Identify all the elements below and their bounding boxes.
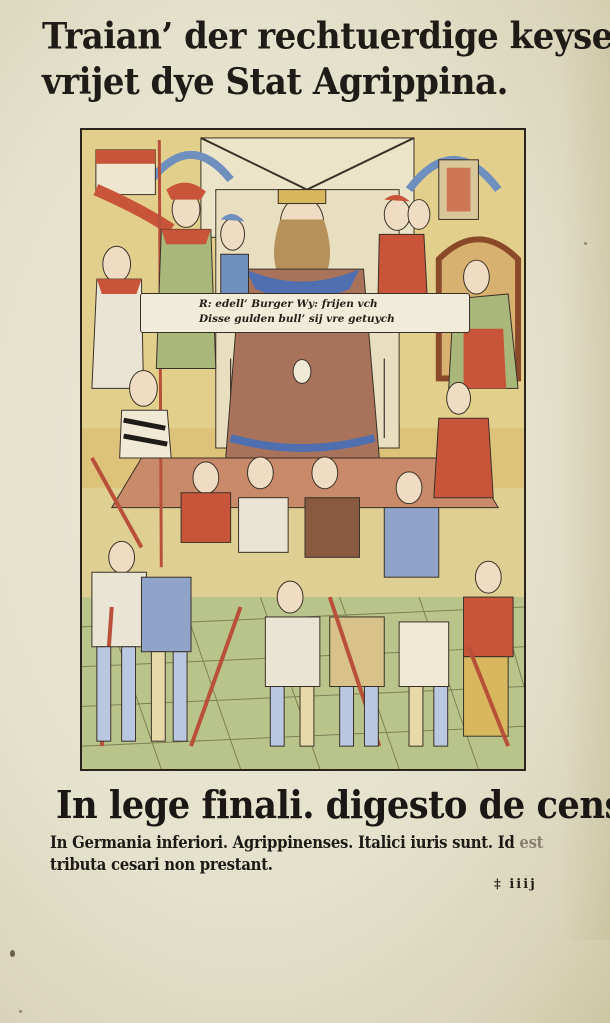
section-heading: In lege finali. digesto de censibus (56, 783, 610, 827)
page-title: Traian’ der rechtuerdige keyser. vrijet … (42, 14, 602, 105)
woodcut-scene (82, 130, 524, 769)
signature-mark: ‡ iiij (494, 877, 537, 892)
body-line-2: tributa cesari non prestant. (50, 854, 536, 876)
body-line-2-text: tributa cesari non prestant. (50, 855, 273, 874)
ink-spot (19, 1010, 22, 1013)
title-line-1: Traian’ der rechtuerdige keyser. (42, 14, 602, 59)
body-line-1-faint: est (519, 833, 543, 852)
banderole-scroll: R: edell’ Burger Wy: frijen vch Disse gu… (140, 293, 470, 333)
body-line-1: In Germania inferiori. Agrippinenses. It… (50, 832, 536, 854)
ink-spot (584, 242, 587, 245)
banderole-line-2: Disse gulden bull’ sij vre getuych (199, 312, 459, 327)
woodcut-illustration: R: edell’ Burger Wy: frijen vch Disse gu… (80, 128, 526, 771)
banderole-line-1: R: edell’ Burger Wy: frijen vch (199, 297, 459, 312)
title-line-2: vrijet dye Stat Agrippina. (42, 59, 602, 104)
body-line-1-text: In Germania inferiori. Agrippinenses. It… (50, 833, 519, 852)
ink-spot (10, 950, 15, 957)
body-text: In Germania inferiori. Agrippinenses. It… (50, 832, 590, 876)
